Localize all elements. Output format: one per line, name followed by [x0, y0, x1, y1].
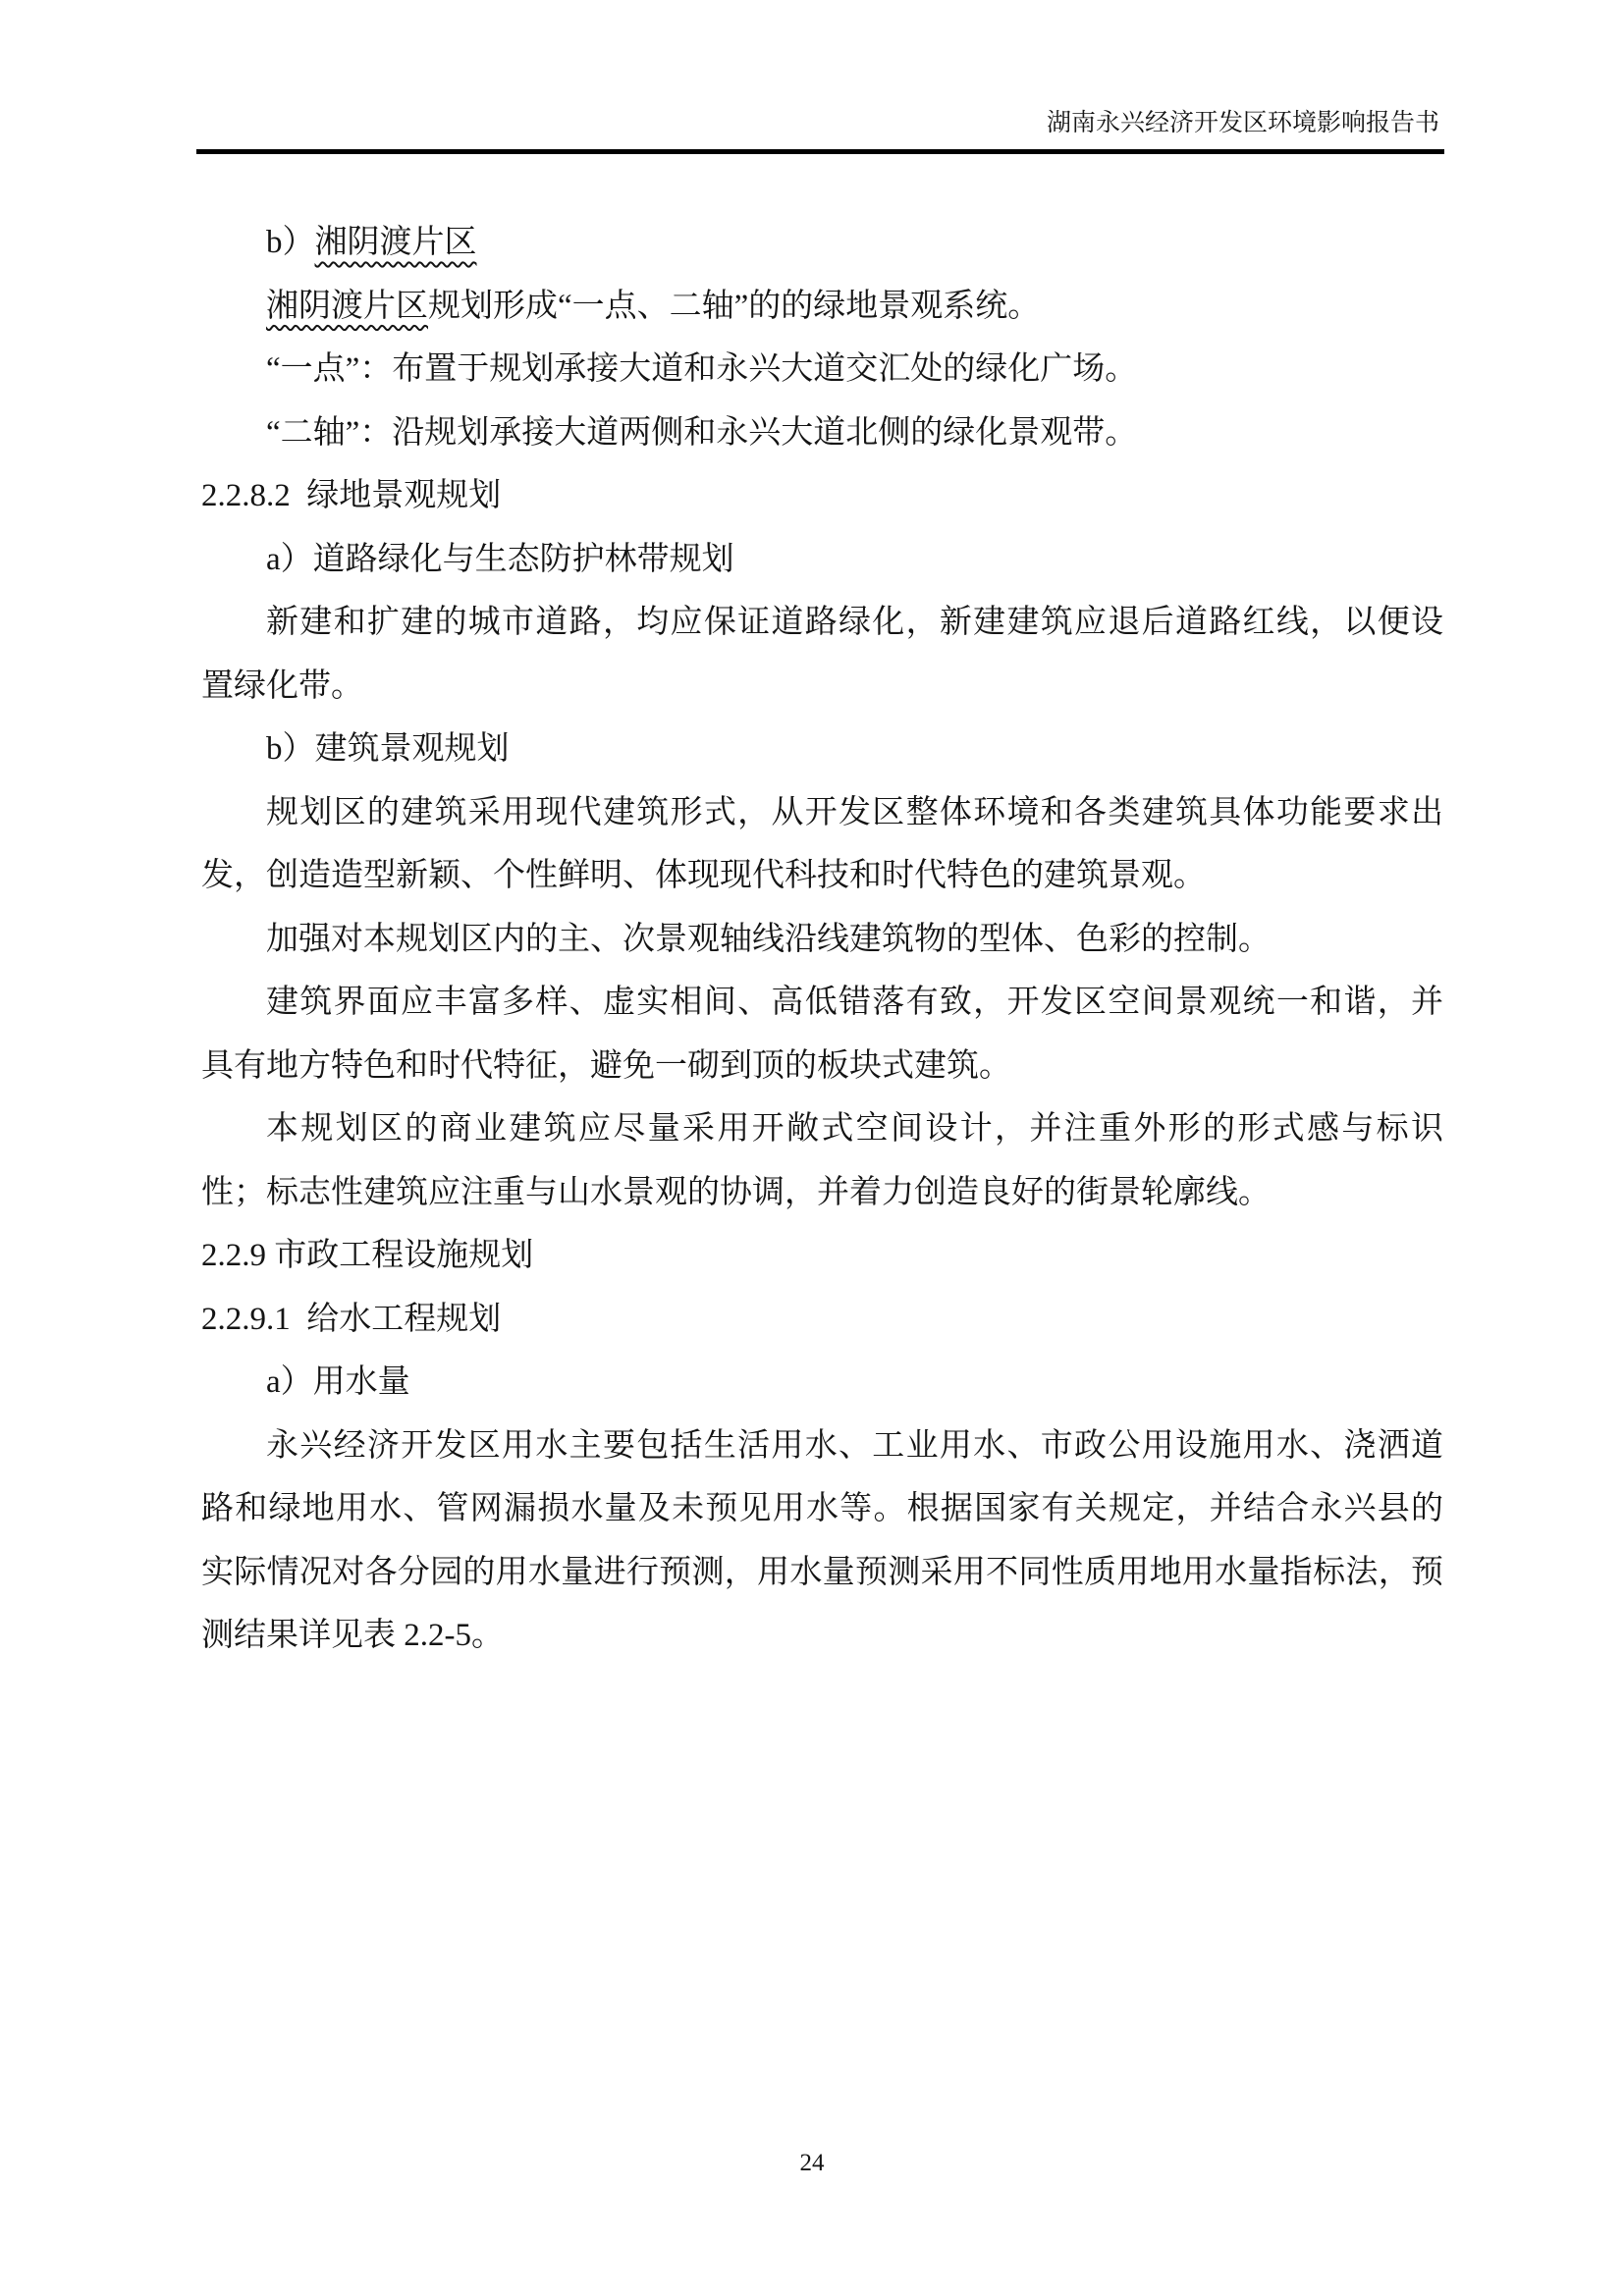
paragraph-line: 置绿化带。: [201, 655, 1443, 719]
paragraph-line: 路和绿地用水、管网漏损水量及未预见用水等。根据国家有关规定，并结合永兴县的: [201, 1477, 1443, 1541]
text-segment: 发，创造造型新颖、个性鲜明、体现现代科技和时代特色的建筑景观。: [201, 858, 1206, 893]
paragraph-line: 发，创造造型新颖、个性鲜明、体现现代科技和时代特色的建筑景观。: [201, 844, 1443, 908]
text-segment: 置绿化带。: [201, 668, 363, 704]
paragraph-line: 具有地方特色和时代特征，避免一砌到顶的板块式建筑。: [201, 1035, 1443, 1098]
document-page: 湖南永兴经济开发区环境影响报告书 b）湘阴渡片区湘阴渡片区规划形成“一点、二轴”…: [0, 0, 1624, 2296]
paragraph-line: 性；标志性建筑应注重与山水景观的协调，并着力创造良好的街景轮廓线。: [201, 1161, 1443, 1225]
paragraph-line: 本规划区的商业建筑应尽量采用开敞式空间设计，并注重外形的形式感与标识: [201, 1097, 1443, 1161]
section-heading: 2.2.9.1 给水工程规划: [201, 1288, 1443, 1352]
text-segment: 性；标志性建筑应注重与山水景观的协调，并着力创造良好的街景轮廓线。: [201, 1175, 1271, 1210]
paragraph-line: a）用水量: [201, 1351, 1443, 1415]
text-segment: 规划区的建筑采用现代建筑形式，从开发区整体环境和各类建筑具体功能要求出: [266, 795, 1443, 830]
text-segment: 新建和扩建的城市道路，均应保证道路绿化，新建建筑应退后道路红线，以便设: [266, 605, 1443, 640]
text-segment: b）建筑景观规划: [266, 731, 510, 767]
page-number: 24: [0, 2150, 1624, 2177]
text-segment: 测结果详见表 2.2-5。: [201, 1618, 504, 1653]
text-segment: 建筑界面应丰富多样、虚实相间、高低错落有致，开发区空间景观统一和谐，并: [266, 985, 1443, 1020]
section-heading: 2.2.9 市政工程设施规划: [201, 1224, 1443, 1288]
paragraph-line: 加强对本规划区内的主、次景观轴线沿线建筑物的型体、色彩的控制。: [201, 908, 1443, 972]
header-rule: [196, 149, 1444, 154]
text-segment: “一点”：布置于规划承接大道和永兴大道交汇处的绿化广场。: [266, 351, 1137, 387]
text-segment: a）道路绿化与生态防护林带规划: [266, 542, 734, 577]
text-segment: 2.2.9.1 给水工程规划: [201, 1302, 501, 1337]
paragraph-line: 实际情况对各分园的用水量进行预测，用水量预测采用不同性质用地用水量指标法，预: [201, 1541, 1443, 1605]
text-segment: 实际情况对各分园的用水量进行预测，用水量预测采用不同性质用地用水量指标法，预: [201, 1555, 1443, 1590]
text-segment: 规划形成“一点、二轴”的的绿地景观系统。: [428, 289, 1040, 324]
text-segment: 2.2.8.2 绿地景观规划: [201, 478, 501, 513]
wavy-underlined-text: 湘阴渡片区: [266, 289, 428, 324]
wavy-underlined-text: 湘阴渡片区: [315, 225, 477, 260]
page-header-title: 湖南永兴经济开发区环境影响报告书: [1047, 108, 1439, 139]
text-segment: 加强对本规划区内的主、次景观轴线沿线建筑物的型体、色彩的控制。: [266, 922, 1271, 957]
text-segment: 本规划区的商业建筑应尽量采用开敞式空间设计，并注重外形的形式感与标识: [266, 1111, 1443, 1147]
text-segment: a）用水量: [266, 1364, 410, 1400]
paragraph-line: 测结果详见表 2.2-5。: [201, 1604, 1443, 1668]
paragraph-line: 永兴经济开发区用水主要包括生活用水、工业用水、市政公用设施用水、浇洒道: [201, 1415, 1443, 1478]
paragraph-line: “一点”：布置于规划承接大道和永兴大道交汇处的绿化广场。: [201, 338, 1443, 401]
text-segment: 具有地方特色和时代特征，避免一砌到顶的板块式建筑。: [201, 1048, 1011, 1084]
paragraph-line: b）建筑景观规划: [201, 718, 1443, 781]
section-heading: 2.2.8.2 绿地景观规划: [201, 464, 1443, 528]
paragraph-line: a）道路绿化与生态防护林带规划: [201, 528, 1443, 592]
text-segment: 路和绿地用水、管网漏损水量及未预见用水等。根据国家有关规定，并结合永兴县的: [201, 1491, 1443, 1526]
paragraph-line: b）湘阴渡片区: [201, 211, 1443, 275]
paragraph-line: “二轴”：沿规划承接大道两侧和永兴大道北侧的绿化景观带。: [201, 401, 1443, 465]
document-body: b）湘阴渡片区湘阴渡片区规划形成“一点、二轴”的的绿地景观系统。“一点”：布置于…: [201, 211, 1443, 1668]
paragraph-line: 新建和扩建的城市道路，均应保证道路绿化，新建建筑应退后道路红线，以便设: [201, 591, 1443, 655]
text-segment: “二轴”：沿规划承接大道两侧和永兴大道北侧的绿化景观带。: [266, 415, 1137, 451]
paragraph-line: 规划区的建筑采用现代建筑形式，从开发区整体环境和各类建筑具体功能要求出: [201, 781, 1443, 845]
paragraph-line: 湘阴渡片区规划形成“一点、二轴”的的绿地景观系统。: [201, 275, 1443, 339]
paragraph-line: 建筑界面应丰富多样、虚实相间、高低错落有致，开发区空间景观统一和谐，并: [201, 971, 1443, 1035]
text-segment: 永兴经济开发区用水主要包括生活用水、工业用水、市政公用设施用水、浇洒道: [266, 1428, 1443, 1464]
text-segment: b）: [266, 225, 315, 260]
text-segment: 2.2.9 市政工程设施规划: [201, 1238, 533, 1273]
